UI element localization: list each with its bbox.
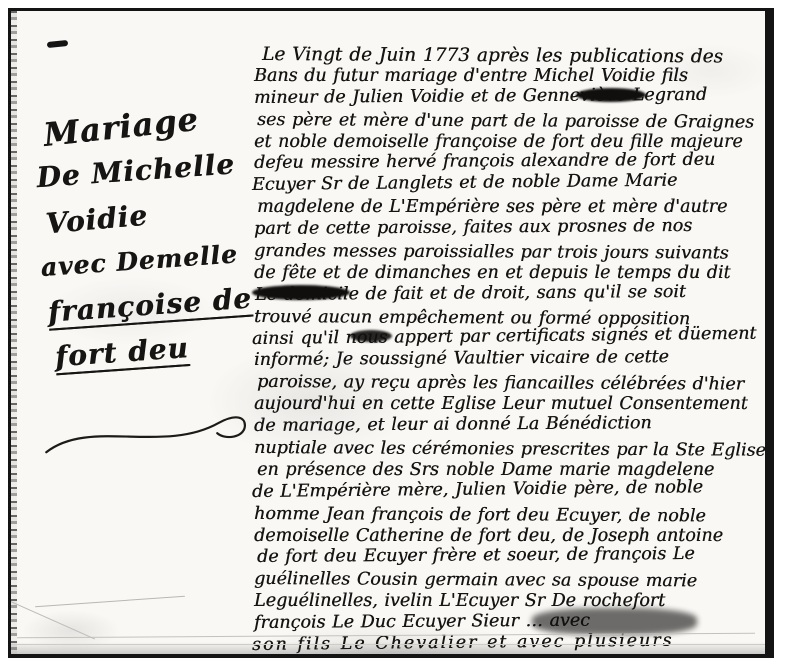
text-line: de fort deu Ecuyer frère et soeur, de fr…: [257, 544, 774, 570]
text-line: paroisse, ay reçu après les fiancailles …: [257, 372, 774, 397]
text-line: de L'Empérière mère, Julien Voidie père,…: [252, 476, 774, 503]
record-text: Le Vingt de Juin 1773 après les publicat…: [254, 44, 774, 657]
crease-line: [11, 644, 765, 645]
document-scan: Mariage De Michelle Voidie avec Demelle …: [8, 8, 774, 658]
ink-blot: [576, 88, 646, 102]
scan-edge-artifact: [11, 11, 17, 654]
ink-blot: [47, 40, 69, 48]
margin-annotation: Mariage De Michelle Voidie avec Demelle …: [28, 96, 257, 380]
text-line: Le Vingt de Juin 1773 après les publicat…: [262, 44, 774, 69]
text-line: nuptiale avec les cérémonies prescrites …: [254, 438, 774, 463]
text-line: ses père et mère d'une part de la parois…: [257, 110, 774, 135]
ink-blot: [252, 285, 350, 300]
ink-blot: [350, 330, 392, 342]
crease-line: [35, 596, 185, 607]
text-line: de mariage, et leur ai donné La Bénédict…: [254, 412, 774, 438]
text-line: guélinelles Cousin germain avec sa spous…: [254, 569, 774, 594]
text-line: informé; Je soussigné Vaultier vicaire d…: [254, 347, 774, 373]
ink-smudge: [532, 608, 697, 635]
text-line: part de cette paroisse, faites aux prosn…: [254, 215, 774, 241]
text-line: homme Jean françois de fort deu Ecuyer, …: [254, 504, 774, 529]
text-line: mineur de Julien Voidie et de Genneviève…: [254, 84, 774, 110]
flourish-swash: [39, 394, 263, 473]
text-line: grandes messes paroissialles par trois j…: [254, 241, 774, 266]
text-line: Ecuyer Sr de Langlets et de noble Dame M…: [252, 170, 774, 197]
scanned-document-page: Mariage De Michelle Voidie avec Demelle …: [0, 0, 786, 670]
